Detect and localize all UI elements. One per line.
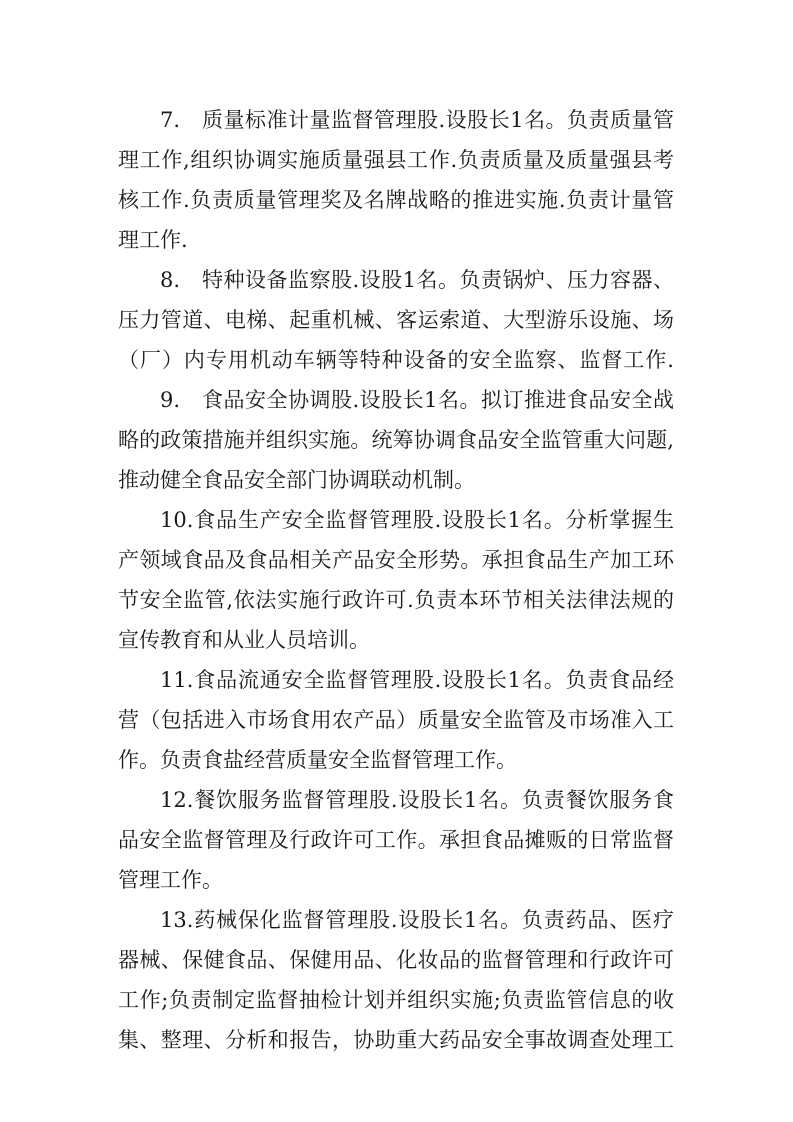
section-10: 10.食品生产安全监督管理股.设股长1名。分析掌握生 产领域食品及食品相关产品安… bbox=[118, 500, 674, 660]
paragraph-line: 作。负责食盐经营质量安全监督管理工作。 bbox=[118, 740, 674, 780]
paragraph-line: 理工作,组织协调实施质量强县工作.负责质量及质量强县考 bbox=[118, 140, 674, 180]
paragraph-line: 器械、保健食品、保健用品、化妆品的监督管理和行政许可 bbox=[118, 940, 674, 980]
section-9: 9. 食品安全协调股.设股长1名。拟订推进食品安全战 略的政策措施并组织实施。统… bbox=[118, 380, 674, 500]
paragraph-line: 9. 食品安全协调股.设股长1名。拟订推进食品安全战 bbox=[118, 380, 674, 420]
section-12: 12.餐饮服务监督管理股.设股长1名。负责餐饮服务食 品安全监督管理及行政许可工… bbox=[118, 780, 674, 900]
section-7: 7. 质量标准计量监督管理股.设股长1名。负责质量管 理工作,组织协调实施质量强… bbox=[118, 100, 674, 260]
section-11: 11.食品流通安全监督管理股.设股长1名。负责食品经 营（包括进入市场食用农产品… bbox=[118, 660, 674, 780]
paragraph-line: 13.药械保化监督管理股.设股长1名。负责药品、医疗 bbox=[118, 900, 674, 940]
paragraph-line: 宣传教育和从业人员培训。 bbox=[118, 620, 674, 660]
paragraph-line: 节安全监管,依法实施行政许可.负责本环节相关法律法规的 bbox=[118, 580, 674, 620]
paragraph-line: 12.餐饮服务监督管理股.设股长1名。负责餐饮服务食 bbox=[118, 780, 674, 820]
paragraph-line: 工作;负责制定监督抽检计划并组织实施;负责监管信息的收 bbox=[118, 980, 674, 1020]
paragraph-line: （厂）内专用机动车辆等特种设备的安全监察、监督工作. bbox=[118, 340, 674, 380]
section-13: 13.药械保化监督管理股.设股长1名。负责药品、医疗 器械、保健食品、保健用品、… bbox=[118, 900, 674, 1060]
paragraph-line: 产领域食品及食品相关产品安全形势。承担食品生产加工环 bbox=[118, 540, 674, 580]
paragraph-line: 集、整理、分析和报告，协助重大药品安全事故调查处理工 bbox=[118, 1020, 674, 1060]
paragraph-line: 略的政策措施并组织实施。统筹协调食品安全监管重大问题, bbox=[118, 420, 674, 460]
paragraph-line: 推动健全食品安全部门协调联动机制。 bbox=[118, 460, 674, 500]
paragraph-line: 管理工作。 bbox=[118, 860, 674, 900]
paragraph-line: 核工作.负责质量管理奖及名牌战略的推进实施.负责计量管 bbox=[118, 180, 674, 220]
paragraph-line: 压力管道、电梯、起重机械、客运索道、大型游乐设施、场 bbox=[118, 300, 674, 340]
paragraph-line: 7. 质量标准计量监督管理股.设股长1名。负责质量管 bbox=[118, 100, 674, 140]
paragraph-line: 10.食品生产安全监督管理股.设股长1名。分析掌握生 bbox=[118, 500, 674, 540]
section-8: 8. 特种设备监察股.设股1名。负责锅炉、压力容器、 压力管道、电梯、起重机械、… bbox=[118, 260, 674, 380]
paragraph-line: 8. 特种设备监察股.设股1名。负责锅炉、压力容器、 bbox=[118, 260, 674, 300]
paragraph-line: 营（包括进入市场食用农产品）质量安全监管及市场准入工 bbox=[118, 700, 674, 740]
paragraph-line: 理工作. bbox=[118, 220, 674, 260]
paragraph-line: 品安全监督管理及行政许可工作。承担食品摊贩的日常监督 bbox=[118, 820, 674, 860]
document-page: 7. 质量标准计量监督管理股.设股长1名。负责质量管 理工作,组织协调实施质量强… bbox=[118, 100, 674, 1060]
paragraph-line: 11.食品流通安全监督管理股.设股长1名。负责食品经 bbox=[118, 660, 674, 700]
